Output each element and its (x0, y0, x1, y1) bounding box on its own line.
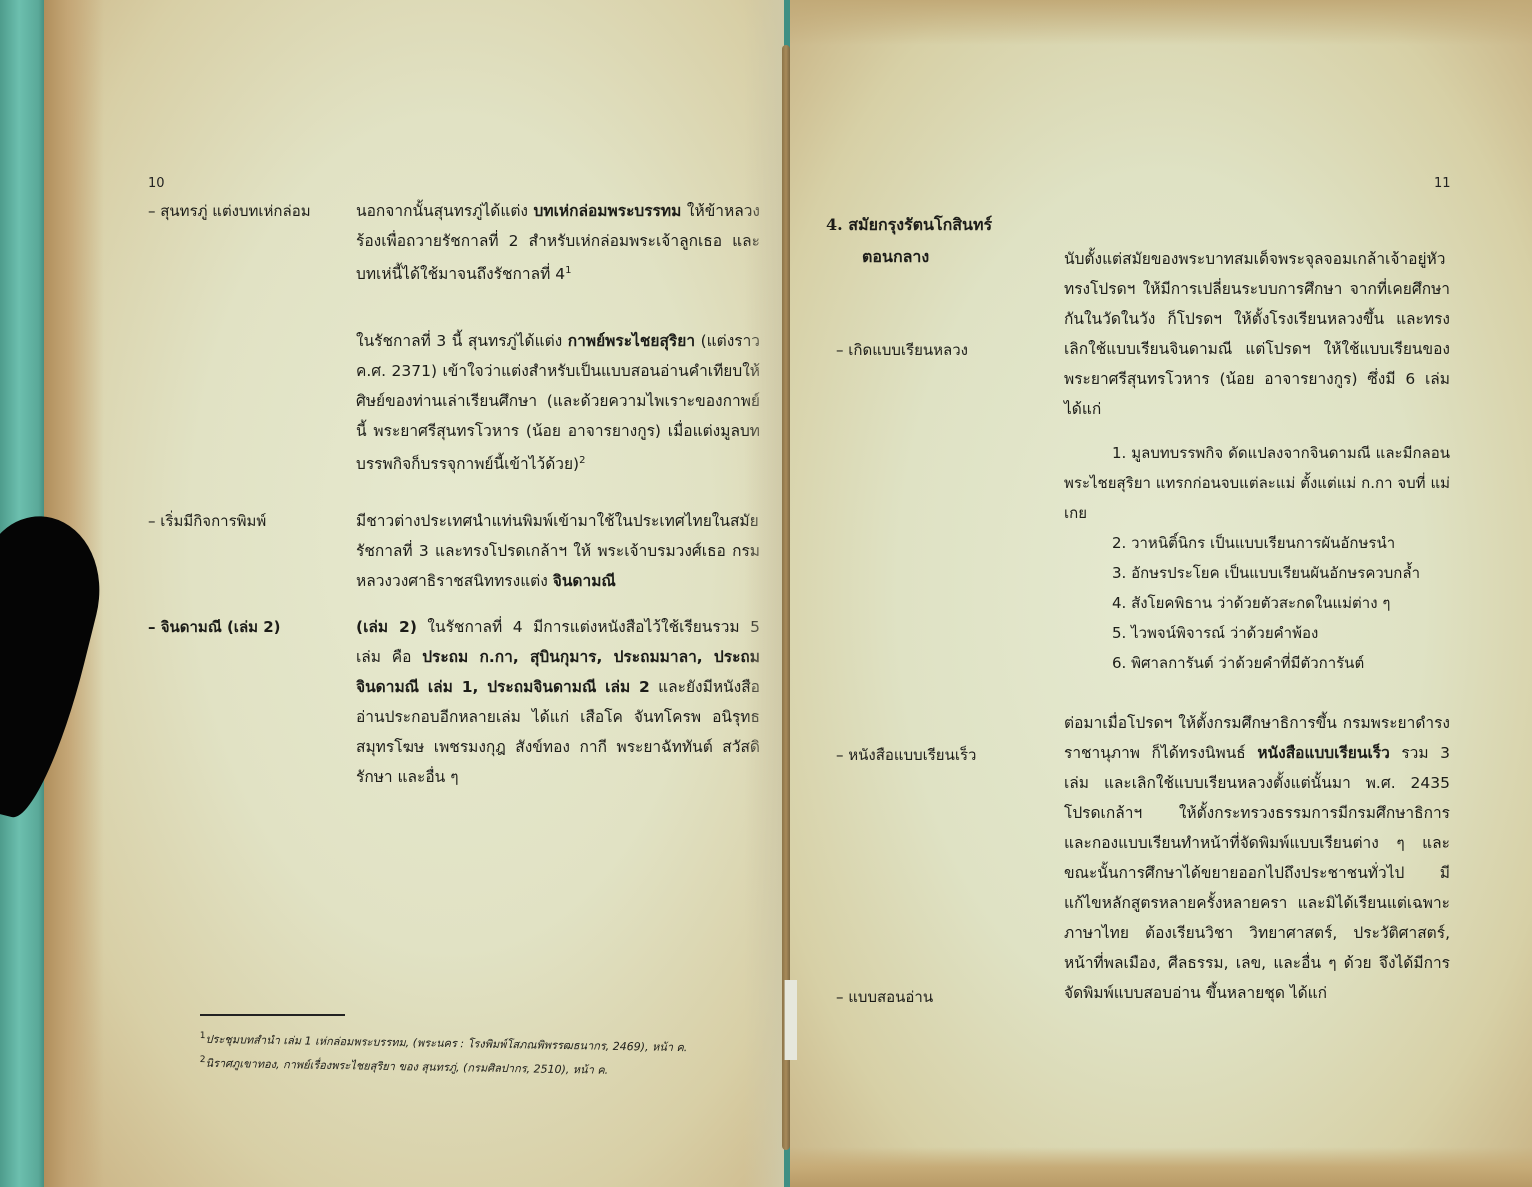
footnote-divider (200, 1014, 345, 1016)
paragraph-jindamanee: (เล่ม 2) ในรัชกาลที่ 4 มีการแต่งหนังสือไ… (356, 612, 760, 792)
textbook-list: 1. มูลบทบรรพกิจ ดัดแปลงจากจินดามณี และมี… (1064, 438, 1450, 678)
list-item: 3. อักษรประโยค เป็นแบบเรียนผันอักษรควบกล… (1064, 558, 1450, 588)
side-label-quick-textbook: – หนังสือแบบเรียนเร็ว (836, 740, 976, 770)
right-page: 11 4. สมัยกรุงรัตนโกสินทร์ ตอนกลาง นับตั… (790, 0, 1532, 1187)
list-item: 5. ไวพจน์พิจารณ์ ว่าด้วยคำพ้อง (1064, 618, 1450, 648)
footnote-ref: 2 (579, 455, 585, 466)
side-label-printing: – เริ่มมีกิจการพิมพ์ (148, 506, 266, 536)
left-page: 10 – สุนทรภู่ แต่งบทเห่กล่อม นอกจากนั้นส… (44, 0, 784, 1187)
list-item: 2. วาหนิติ์นิกร เป็นแบบเรียนการผันอักษรน… (1064, 528, 1450, 558)
side-label-royal-textbook: – เกิดแบบเรียนหลวง (836, 335, 968, 365)
paragraph-printing: มีชาวต่างประเทศนำแท่นพิมพ์เข้ามาใช้ในประ… (356, 506, 760, 596)
page-tab-strip (784, 980, 797, 1060)
side-label-reading-primer: – แบบสอนอ่าน (836, 982, 933, 1012)
side-label-sunthorn-lullaby: – สุนทรภู่ แต่งบทเห่กล่อม (148, 196, 311, 226)
footnote-ref: 1 (565, 265, 571, 276)
page-number: 11 (1434, 176, 1451, 191)
paragraph-quick-textbook: ต่อมาเมื่อโปรดฯ ให้ตั้งกรมศึกษาธิการขึ้น… (1064, 708, 1450, 1008)
paragraph-royal-textbooks: นับตั้งแต่สมัยของพระบาทสมเด็จพระจุลจอมเก… (1064, 244, 1450, 424)
page-number: 10 (148, 176, 165, 191)
list-item: 1. มูลบทบรรพกิจ ดัดแปลงจากจินดามณี และมี… (1064, 438, 1450, 528)
list-item: 6. พิศาลการันต์ ว่าด้วยคำที่มีตัวการันต์ (1064, 648, 1450, 678)
section-heading: 4. สมัยกรุงรัตนโกสินทร์ (826, 210, 992, 240)
paragraph-lullaby: นอกจากนั้นสุนทรภู่ได้แต่ง บทเห่กล่อมพระบ… (356, 196, 760, 289)
list-item: 4. สังโยคพิธาน ว่าด้วยตัวสะกดในแม่ต่าง ๆ (1064, 588, 1450, 618)
section-subheading: ตอนกลาง (862, 242, 929, 272)
paragraph-phra-chai-suriya: ในรัชกาลที่ 3 นี้ สุนทรภู่ได้แต่ง กาพย์พ… (356, 326, 760, 479)
side-label-jindamanee: – จินดามณี (เล่ม 2) (148, 612, 281, 642)
